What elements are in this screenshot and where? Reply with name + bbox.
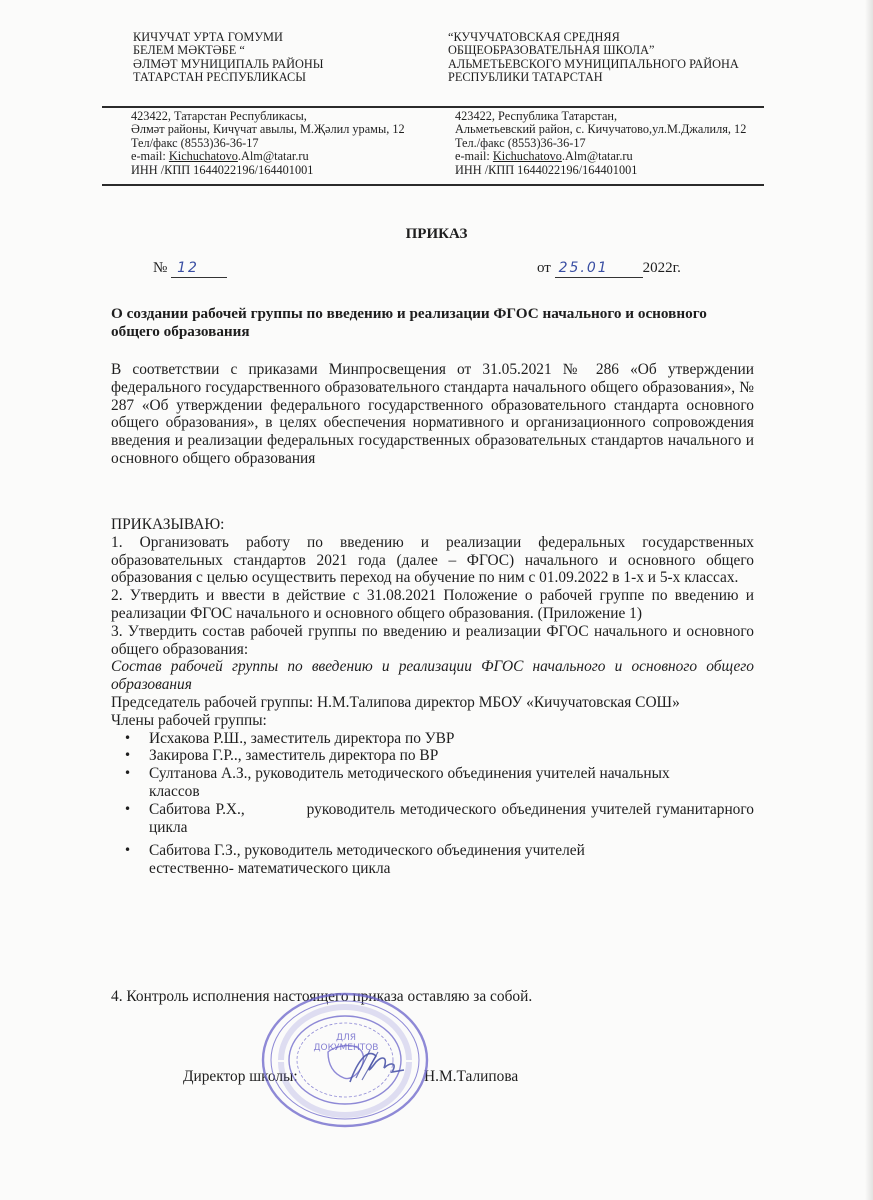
letterhead-line: АЛЬМЕТЬЕВСКОГО МУНИЦИПАЛЬНОГО РАЙОНА <box>448 58 739 71</box>
email-label: e-mail: <box>455 149 493 163</box>
letterhead-line: ТАТАРСТАН РЕСПУБЛИКАСЫ <box>133 71 324 84</box>
email-link-user[interactable]: Kichuchatovo <box>169 149 238 163</box>
list-item: Сабитова Г.З., руководитель методическог… <box>111 842 754 878</box>
order-date-field: 25.01 <box>555 260 643 278</box>
email-label: e-mail: <box>131 149 169 163</box>
group-chair: Председатель рабочей группы: Н.М.Талипов… <box>111 694 754 712</box>
order-number-handwritten: 12 <box>177 260 199 276</box>
order-item-2: 2. Утвердить и ввести в действие с 31.08… <box>111 587 754 623</box>
letterhead-line: ОБЩЕОБРАЗОВАТЕЛЬНАЯ ШКОЛА” <box>448 44 739 57</box>
email-link-domain[interactable]: .Alm@tatar.ru <box>562 149 633 163</box>
letterhead-line: РЕСПУБЛИКИ ТАТАРСТАН <box>448 71 739 84</box>
order-number-label: № <box>153 260 167 276</box>
letterhead-right-contacts: 423422, Республика Татарстан, Альметьевс… <box>455 110 746 177</box>
inn: ИНН /КПП 1644022196/164401001 <box>131 164 405 177</box>
preamble-text: В соответствии с приказами Минпросвещени… <box>111 361 754 468</box>
list-item: Султанова А.З., руководитель методическо… <box>111 765 754 801</box>
address-line: Әлмәт районы, Кичүчат авылы, М.Җәлил ура… <box>131 123 405 136</box>
scan-edge <box>865 0 873 1200</box>
address-line: 423422, Татарстан Республикасы, <box>131 110 405 123</box>
order-body: ПРИКАЗЫВАЮ: 1. Организовать работу по вв… <box>111 516 754 878</box>
letterhead-divider-bottom <box>102 184 764 186</box>
letterhead-line: “КУЧУЧАТОВСКАЯ СРЕДНЯЯ <box>448 31 739 44</box>
document-page: КИЧУЧАТ УРТА ГОМУМИ БЕЛЕМ МӘКТӘБЕ “ ӘЛМӘ… <box>0 0 873 1200</box>
inn: ИНН /КПП 1644022196/164401001 <box>455 164 746 177</box>
address-line: Альметьевский район, с. Кичучатово,ул.М.… <box>455 123 746 136</box>
order-date-label: от <box>537 260 551 276</box>
list-item: Закирова Г.Р.., заместитель директора по… <box>111 747 754 765</box>
order-number: № 12 <box>153 260 227 278</box>
address-line: 423422, Республика Татарстан, <box>455 110 746 123</box>
group-members-list: Исхакова Р.Ш., заместитель директора по … <box>111 730 754 878</box>
email-link-user[interactable]: Kichuchatovo <box>493 149 562 163</box>
directive-heading: ПРИКАЗЫВАЮ: <box>111 516 754 534</box>
letterhead-divider-top <box>102 106 764 108</box>
letterhead-line: КИЧУЧАТ УРТА ГОМУМИ <box>133 31 324 44</box>
letterhead-line: ӘЛМӘТ МУНИЦИПАЛЬ РАЙОНЫ <box>133 58 324 71</box>
document-title: ПРИКАЗ <box>0 226 873 243</box>
official-stamp-icon: ДЛЯ ДОКУМЕНТОВ <box>258 990 433 1130</box>
order-date-handwritten: 25.01 <box>559 260 609 276</box>
phone: Тел./факс (8553)36-36-17 <box>455 137 746 150</box>
svg-text:ДЛЯ: ДЛЯ <box>336 1033 356 1043</box>
list-item: Сабитова Р.Х., руководитель методическог… <box>111 801 754 837</box>
email-link-domain[interactable]: .Alm@tatar.ru <box>238 149 309 163</box>
phone: Тел/факс (8553)36-36-17 <box>131 137 405 150</box>
group-heading: Состав рабочей группы по введению и реал… <box>111 658 754 694</box>
email[interactable]: e-mail: Kichuchatovo.Alm@tatar.ru <box>131 150 405 163</box>
list-item: Исхакова Р.Ш., заместитель директора по … <box>111 730 754 748</box>
preamble: В соответствии с приказами Минпросвещени… <box>111 361 754 468</box>
group-members-label: Члены рабочей группы: <box>111 712 754 730</box>
order-date: от 25.012022г. <box>537 260 681 278</box>
letterhead-left-contacts: 423422, Татарстан Республикасы, Әлмәт ра… <box>131 110 405 177</box>
letterhead-right-russian-name: “КУЧУЧАТОВСКАЯ СРЕДНЯЯ ОБЩЕОБРАЗОВАТЕЛЬН… <box>448 31 739 85</box>
order-item-1: 1. Организовать работу по введению и реа… <box>111 534 754 587</box>
signature-name: Н.М.Талипова <box>424 1068 518 1086</box>
letterhead-line: БЕЛЕМ МӘКТӘБЕ “ <box>133 44 324 57</box>
order-number-field: 12 <box>171 260 227 278</box>
email[interactable]: e-mail: Kichuchatovo.Alm@tatar.ru <box>455 150 746 163</box>
order-year: 2022г. <box>643 260 681 276</box>
order-item-3: 3. Утвердить состав рабочей группы по вв… <box>111 623 754 659</box>
letterhead-left-tatar-name: КИЧУЧАТ УРТА ГОМУМИ БЕЛЕМ МӘКТӘБЕ “ ӘЛМӘ… <box>133 31 324 85</box>
order-subject: О создании рабочей группы по введению и … <box>111 305 751 341</box>
